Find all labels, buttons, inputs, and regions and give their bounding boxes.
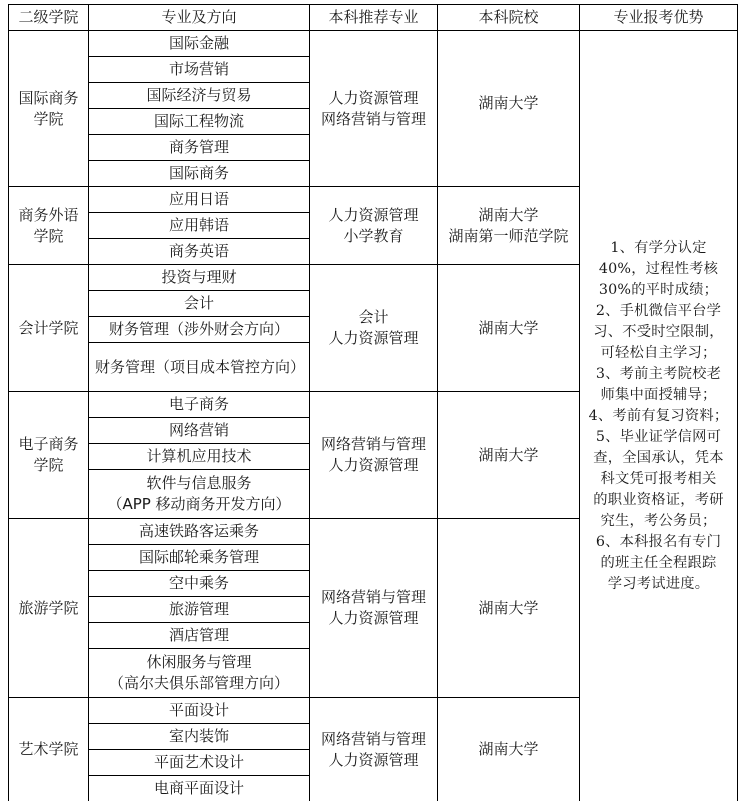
major-cell: 应用韩语 (89, 213, 310, 239)
advantages-line: 40%，过程性考核 (580, 259, 737, 280)
advantages-line: 习、不受时空限制， (580, 322, 737, 343)
college-name-line: 学院 (9, 455, 88, 476)
university-line: 湖南大学 (438, 93, 579, 114)
major-cell: 计算机应用技术 (89, 444, 310, 470)
recommended-line: 人力资源管理 (310, 88, 437, 109)
college-name-line: 旅游学院 (9, 598, 88, 619)
recommended-cell: 网络营销与管理 人力资源管理 (310, 519, 438, 698)
advantages-line: 科文凭可报考相关 (580, 469, 737, 490)
advantages-cell: 1、有学分认定 40%，过程性考核 30%的平时成绩； 2、手机微信平台学 习、… (580, 31, 738, 801)
major-cell: 国际金融 (89, 31, 310, 57)
college-cell: 艺术学院 (9, 698, 89, 801)
advantages-line: 30%的平时成绩； (580, 280, 737, 301)
major-table: 二级学院 专业及方向 本科推荐专业 本科院校 专业报考优势 国际商务 学院 国际… (8, 4, 738, 801)
advantages-line: 1、有学分认定 (580, 238, 737, 259)
advantages-line: 5、毕业证学信网可 (580, 427, 737, 448)
major-cell: 会计 (89, 291, 310, 317)
university-cell: 湖南大学 (438, 519, 580, 698)
university-line: 湖南大学 (438, 205, 579, 226)
college-cell: 商务外语 学院 (9, 187, 89, 265)
recommended-line: 网络营销与管理 (310, 729, 437, 750)
college-cell: 国际商务 学院 (9, 31, 89, 187)
university-line: 湖南大学 (438, 445, 579, 466)
recommended-cell: 会计 人力资源管理 (310, 265, 438, 392)
recommended-line: 人力资源管理 (310, 328, 437, 349)
recommended-line: 会计 (310, 307, 437, 328)
recommended-line: 网络营销与管理 (310, 587, 437, 608)
major-cell: 投资与理财 (89, 265, 310, 291)
major-cell: 电商平面设计 (89, 776, 310, 801)
advantages-line: 师集中面授辅导； (580, 385, 737, 406)
recommended-cell: 人力资源管理 小学教育 (310, 187, 438, 265)
advantages-line: 的职业资格证，考研 (580, 490, 737, 511)
major-cell: 平面设计 (89, 698, 310, 724)
major-line: 软件与信息服务 (89, 473, 309, 494)
recommended-line: 网络营销与管理 (310, 109, 437, 130)
major-cell: 电子商务 (89, 392, 310, 418)
recommended-cell: 人力资源管理 网络营销与管理 (310, 31, 438, 187)
university-cell: 湖南大学 (438, 698, 580, 801)
college-name-line: 艺术学院 (9, 739, 88, 760)
major-cell: 室内装饰 (89, 724, 310, 750)
major-cell: 国际邮轮乘务管理 (89, 545, 310, 571)
major-cell: 财务管理（涉外财会方向） (89, 317, 310, 343)
advantages-line: 究生，考公务员； (580, 511, 737, 532)
college-cell: 电子商务 学院 (9, 392, 89, 519)
major-cell: 旅游管理 (89, 597, 310, 623)
college-cell: 会计学院 (9, 265, 89, 392)
major-cell: 网络营销 (89, 418, 310, 444)
university-line: 湖南第一师范学院 (438, 226, 579, 247)
major-cell: 高速铁路客运乘务 (89, 519, 310, 545)
university-cell: 湖南大学 (438, 31, 580, 187)
recommended-cell: 网络营销与管理 人力资源管理 (310, 392, 438, 519)
major-line: （高尔夫俱乐部管理方向） (89, 673, 309, 694)
recommended-cell: 网络营销与管理 人力资源管理 (310, 698, 438, 801)
advantages-line: 6、本科报名有专门 (580, 532, 737, 553)
recommended-line: 小学教育 (310, 226, 437, 247)
university-line: 湖南大学 (438, 739, 579, 760)
major-cell: 商务管理 (89, 135, 310, 161)
university-cell: 湖南大学 (438, 392, 580, 519)
advantages-line: 学习考试进度。 (580, 574, 737, 595)
header-university: 本科院校 (438, 5, 580, 31)
major-line: （APP 移动商务开发方向） (89, 494, 309, 515)
college-cell: 旅游学院 (9, 519, 89, 698)
major-cell: 软件与信息服务 （APP 移动商务开发方向） (89, 470, 310, 519)
college-name-line: 学院 (9, 109, 88, 130)
recommended-line: 网络营销与管理 (310, 434, 437, 455)
advantages-line: 4、考前有复习资料； (580, 406, 737, 427)
major-cell: 国际商务 (89, 161, 310, 187)
major-cell: 国际工程物流 (89, 109, 310, 135)
major-cell: 空中乘务 (89, 571, 310, 597)
advantages-line: 可轻松自主学习； (580, 343, 737, 364)
advantages-line: 2、手机微信平台学 (580, 301, 737, 322)
college-name-line: 国际商务 (9, 88, 88, 109)
major-cell: 平面艺术设计 (89, 750, 310, 776)
major-cell: 商务英语 (89, 239, 310, 265)
university-line: 湖南大学 (438, 318, 579, 339)
major-cell: 酒店管理 (89, 623, 310, 649)
major-cell: 应用日语 (89, 187, 310, 213)
recommended-line: 人力资源管理 (310, 750, 437, 771)
college-name-line: 商务外语 (9, 205, 88, 226)
header-major: 专业及方向 (89, 5, 310, 31)
table-row: 国际商务 学院 国际金融 人力资源管理 网络营销与管理 湖南大学 1、有学分认定… (9, 31, 738, 57)
recommended-line: 人力资源管理 (310, 608, 437, 629)
college-name-line: 学院 (9, 226, 88, 247)
college-name-line: 电子商务 (9, 434, 88, 455)
header-advantages: 专业报考优势 (580, 5, 738, 31)
university-cell: 湖南大学 (438, 265, 580, 392)
advantages-line: 的班主任全程跟踪 (580, 553, 737, 574)
major-cell: 市场营销 (89, 57, 310, 83)
recommended-line: 人力资源管理 (310, 205, 437, 226)
major-cell: 国际经济与贸易 (89, 83, 310, 109)
header-row: 二级学院 专业及方向 本科推荐专业 本科院校 专业报考优势 (9, 5, 738, 31)
major-cell: 休闲服务与管理 （高尔夫俱乐部管理方向） (89, 649, 310, 698)
advantages-line: 3、考前主考院校老 (580, 364, 737, 385)
recommended-line: 人力资源管理 (310, 455, 437, 476)
advantages-line: 查，全国承认，凭本 (580, 448, 737, 469)
university-cell: 湖南大学 湖南第一师范学院 (438, 187, 580, 265)
header-recommended: 本科推荐专业 (310, 5, 438, 31)
college-name-line: 会计学院 (9, 318, 88, 339)
major-cell: 财务管理（项目成本管控方向） (89, 343, 310, 392)
major-line: 休闲服务与管理 (89, 652, 309, 673)
header-college: 二级学院 (9, 5, 89, 31)
university-line: 湖南大学 (438, 598, 579, 619)
